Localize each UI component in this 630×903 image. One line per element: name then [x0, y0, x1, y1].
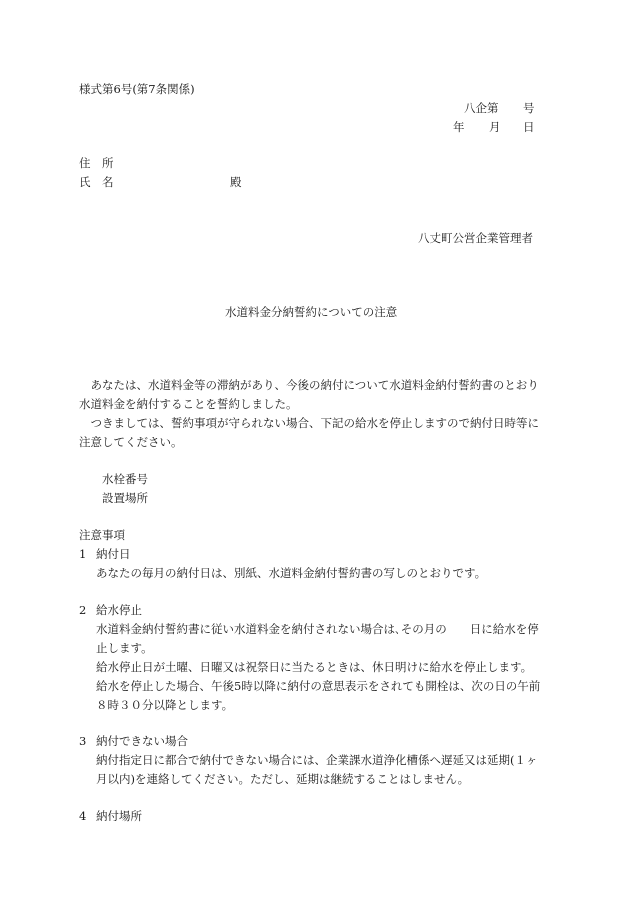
note-4-title: 納付場所	[96, 809, 142, 823]
notes-heading: 注意事項	[79, 528, 125, 542]
date-year: 年	[453, 120, 465, 134]
note-2-line-3: 給水停止日が土曜、日曜又は祝祭日に当たるときは、休日明けに給水を停止します。	[96, 660, 532, 674]
installation-site-label: 設置場所	[102, 491, 148, 505]
form-number: 様式第6号(第7条関係)	[79, 82, 195, 96]
note-3-line-2: 月以内)を連絡してください。ただし、延期は継続することはしません。	[96, 772, 469, 786]
note-2-line-2: 止します。	[96, 641, 153, 655]
note-2-line-4: 給水を停止した場合、午後5時以降に納付の意思表示をされても開栓は、次の日の午前	[96, 679, 540, 693]
document-title: 水道料金分納誓約についての注意	[225, 305, 397, 319]
date-month: 月	[489, 120, 501, 134]
document-number-suffix: 号	[523, 101, 535, 115]
name-label: 氏 名	[79, 175, 114, 189]
note-1-title: 納付日	[96, 547, 131, 561]
note-4-number: 4	[79, 809, 86, 823]
note-2-line-1: 水道料金納付誓約書に従い水道料金を納付されない場合は､その月の 日に給水を停	[96, 622, 539, 636]
note-2-title: 給水停止	[96, 603, 142, 617]
document-number-prefix: 八企第	[464, 101, 499, 115]
note-2-line-5: ８時３０分以降とします。	[96, 698, 233, 712]
address-label: 住 所	[79, 156, 114, 170]
note-2-number: 2	[79, 603, 86, 617]
hydrant-number-label: 水栓番号	[102, 472, 148, 486]
sender: 八丈町公営企業管理者	[418, 231, 533, 245]
note-3-title: 納付できない場合	[96, 734, 188, 748]
honorific: 殿	[230, 175, 242, 189]
body-paragraph-1-line-1: あなたは、水道料金等の滞納があり、今後の納付について水道料金納付誓約書のとおり	[79, 378, 539, 392]
body-paragraph-2-line-2: 注意してください。	[79, 435, 183, 449]
body-paragraph-2-line-1: つきましては、誓約事項が守られない場合、下記の給水を停止しますので納付日時等に	[79, 416, 539, 430]
note-1-line-1: あなたの毎月の納付日は、別紙、水道料金納付誓約書の写しのとおりです。	[96, 566, 486, 580]
note-1-number: 1	[79, 547, 86, 561]
note-3-line-1: 納付指定日に都合で納付できない場合には、企業課水道浄化槽係へ遅延又は延期(１ヶ	[96, 753, 537, 767]
date-day: 日	[523, 120, 535, 134]
body-paragraph-1-line-2: 水道料金を納付することを誓約しました。	[79, 397, 298, 411]
note-3-number: 3	[79, 734, 86, 748]
